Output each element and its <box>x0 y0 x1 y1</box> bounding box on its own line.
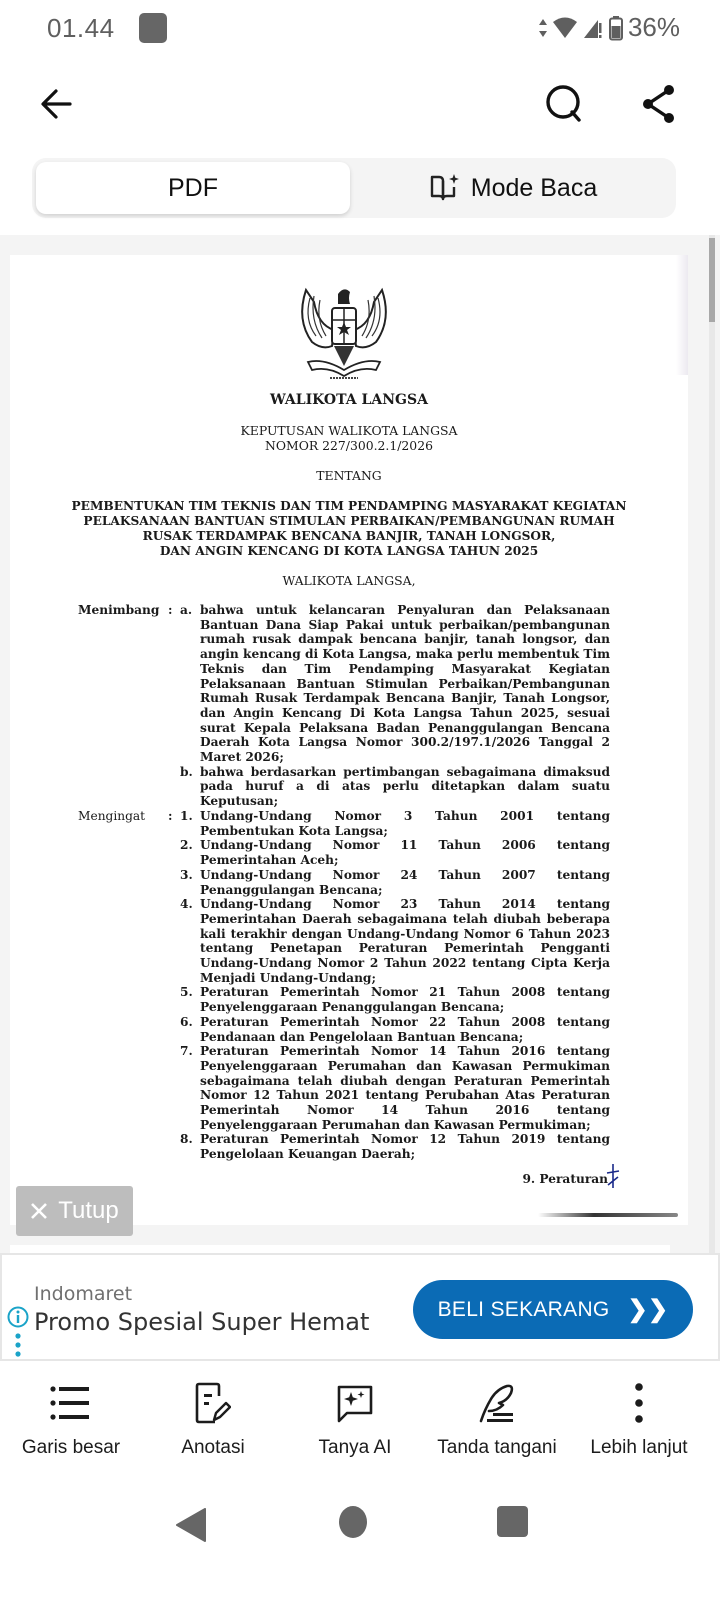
item-text: Undang-Undang Nomor 23 Tahun 2014 tentan… <box>200 897 610 985</box>
mengingat-item: 7.Peraturan Pemerintah Nomor 14 Tahun 20… <box>180 1044 610 1132</box>
garuda-emblem-icon <box>294 280 394 390</box>
pdf-page: WALIKOTA LANGSA KEPUTUSAN WALIKOTA LANGS… <box>10 255 688 1225</box>
toolbar-outline-label: Garis besar <box>22 1437 120 1459</box>
status-bar: 01.44 36% <box>0 0 720 58</box>
book-sparkle-icon <box>429 173 461 203</box>
scrollbar-thumb[interactable] <box>709 238 715 322</box>
toolbar-outline-button[interactable]: Garis besar <box>0 1365 142 1475</box>
next-pdf-page <box>10 1245 670 1253</box>
wifi-icon <box>552 17 578 39</box>
status-time: 01.44 <box>47 13 115 44</box>
item-number: 8. <box>180 1132 193 1147</box>
cell-signal-icon <box>582 17 604 39</box>
ad-options-icon[interactable] <box>15 1333 21 1359</box>
notification-icon <box>139 13 167 43</box>
tab-pdf[interactable]: PDF <box>36 162 350 214</box>
mengingat-item: 8.Peraturan Pemerintah Nomor 12 Tahun 20… <box>180 1132 610 1161</box>
ad-headline[interactable]: Promo Spesial Super Hemat <box>34 1308 369 1336</box>
data-transfer-icon <box>538 17 548 39</box>
mengingat-item: 1.Undang-Undang Nomor 3 Tahun 2001 tenta… <box>180 809 610 838</box>
item-text: Peraturan Pemerintah Nomor 21 Tahun 2008… <box>200 985 610 1014</box>
item-number: 5. <box>180 985 193 1000</box>
battery-icon <box>608 15 624 41</box>
share-icon <box>640 84 676 124</box>
toolbar-more-button[interactable]: Lebih lanjut <box>568 1365 710 1475</box>
item-text: bahwa berdasarkan pertimbangan sebagaima… <box>200 765 610 808</box>
issuer: WALIKOTA LANGSA, <box>10 573 688 588</box>
item-text: Undang-Undang Nomor 11 Tahun 2006 tentan… <box>200 838 610 867</box>
item-text: Undang-Undang Nomor 24 Tahun 2007 tentan… <box>200 868 610 897</box>
tab-pdf-label: PDF <box>168 174 218 203</box>
subject-line: RUSAK TERDAMPAK BENCANA BANJIR, TANAH LO… <box>10 529 688 544</box>
menimbang-item: a.bahwa untuk kelancaran Penyaluran dan … <box>180 603 610 765</box>
scrollbar-track[interactable] <box>709 235 715 1253</box>
scan-artifact <box>538 1213 678 1217</box>
doc-header: WALIKOTA LANGSA <box>10 392 688 408</box>
ad-cta-button[interactable]: BELI SEKARANG ❯❯ <box>413 1280 693 1339</box>
toolbar-ask-ai-label: Tanya AI <box>319 1437 392 1459</box>
decree-title: KEPUTUSAN WALIKOTA LANGSA <box>10 423 688 438</box>
menimbang-list: a.bahwa untuk kelancaran Penyaluran dan … <box>180 603 610 809</box>
tab-reading-mode-label: Mode Baca <box>471 174 597 203</box>
signature-icon <box>477 1383 517 1423</box>
status-icons: 36% <box>538 12 680 43</box>
app-bar <box>0 70 720 140</box>
toolbar-annotate-button[interactable]: Anotasi <box>142 1365 284 1475</box>
nav-recents-icon[interactable] <box>497 1506 528 1537</box>
close-label: Tutup <box>58 1197 118 1225</box>
toolbar-sign-label: Tanda tangani <box>437 1437 556 1459</box>
battery-percent: 36% <box>628 12 680 43</box>
decree-subject: PEMBENTUKAN TIM TEKNIS DAN TIM PENDAMPIN… <box>10 499 688 559</box>
more-vertical-icon <box>634 1383 644 1423</box>
subject-line: DAN ANGIN KENCANG DI KOTA LANGSA TAHUN 2… <box>10 544 688 559</box>
ad-info-icon[interactable] <box>7 1306 29 1328</box>
mengingat-list: 1.Undang-Undang Nomor 3 Tahun 2001 tenta… <box>180 809 610 1162</box>
back-button[interactable] <box>28 76 84 132</box>
item-number: 7. <box>180 1044 193 1059</box>
item-number: 4. <box>180 897 193 912</box>
view-mode-toggle: PDF Mode Baca <box>32 158 676 218</box>
menimbang-label: Menimbang <box>78 603 159 617</box>
double-chevron-right-icon: ❯❯ <box>628 1295 669 1324</box>
nav-back-icon[interactable] <box>176 1508 206 1542</box>
pdf-canvas[interactable]: WALIKOTA LANGSA KEPUTUSAN WALIKOTA LANGS… <box>0 235 720 1253</box>
search-icon <box>544 84 584 124</box>
item-number: 1. <box>180 809 193 824</box>
continued-text: 9. Peraturan <box>522 1172 608 1186</box>
ask-ai-icon <box>335 1383 375 1423</box>
colon: : <box>168 603 173 617</box>
system-nav-bar <box>0 1490 720 1600</box>
colon: : <box>168 809 173 823</box>
ad-banner[interactable]: Indomaret Promo Spesial Super Hemat BELI… <box>0 1253 720 1361</box>
close-overlay-button[interactable]: Tutup <box>16 1186 133 1236</box>
pdf-viewer-screen: 01.44 36% PDF Mode Baca <box>0 0 720 1600</box>
mengingat-item: 6.Peraturan Pemerintah Nomor 22 Tahun 20… <box>180 1015 610 1044</box>
item-text: Peraturan Pemerintah Nomor 14 Tahun 2016… <box>200 1044 610 1132</box>
item-text: Peraturan Pemerintah Nomor 12 Tahun 2019… <box>200 1132 610 1161</box>
toolbar-sign-button[interactable]: Tanda tangani <box>426 1365 568 1475</box>
ad-cta-label: BELI SEKARANG <box>438 1298 610 1322</box>
item-number: b. <box>180 765 193 780</box>
mengingat-item: 4.Undang-Undang Nomor 23 Tahun 2014 tent… <box>180 897 610 985</box>
close-icon <box>30 1202 48 1220</box>
toolbar-more-label: Lebih lanjut <box>590 1437 687 1459</box>
menimbang-item: b.bahwa berdasarkan pertimbangan sebagai… <box>180 765 610 809</box>
page-shadow <box>676 255 688 375</box>
item-text: Undang-Undang Nomor 3 Tahun 2001 tentang… <box>200 809 610 838</box>
mengingat-label: Mengingat <box>78 809 145 823</box>
nav-home-icon[interactable] <box>339 1506 367 1538</box>
annotate-icon <box>195 1382 231 1424</box>
subject-line: PELAKSANAAN BANTUAN STIMULAN PERBAIKAN/P… <box>10 514 688 529</box>
subject-line: PEMBENTUKAN TIM TEKNIS DAN TIM PENDAMPIN… <box>10 499 688 514</box>
initial-signature-icon <box>604 1163 622 1189</box>
item-number: 6. <box>180 1015 193 1030</box>
outline-list-icon <box>50 1385 92 1421</box>
search-button[interactable] <box>536 76 592 132</box>
bottom-toolbar: Garis besar Anotasi Tanya AI Tanda tanga… <box>0 1365 720 1475</box>
mengingat-item: 3.Undang-Undang Nomor 24 Tahun 2007 tent… <box>180 868 610 897</box>
decree-about: TENTANG <box>10 468 688 483</box>
ad-brand: Indomaret <box>34 1283 132 1305</box>
tab-reading-mode[interactable]: Mode Baca <box>354 162 672 214</box>
share-button[interactable] <box>630 76 686 132</box>
toolbar-annotate-label: Anotasi <box>181 1437 244 1459</box>
mengingat-item: 2.Undang-Undang Nomor 11 Tahun 2006 tent… <box>180 838 610 867</box>
arrow-left-icon <box>38 86 74 122</box>
mengingat-item: 5.Peraturan Pemerintah Nomor 21 Tahun 20… <box>180 985 610 1014</box>
item-number: 3. <box>180 868 193 883</box>
decree-number: NOMOR 227/300.2.1/2026 <box>10 438 688 453</box>
item-text: Peraturan Pemerintah Nomor 22 Tahun 2008… <box>200 1015 610 1044</box>
item-text: bahwa untuk kelancaran Penyaluran dan Pe… <box>200 603 610 764</box>
item-number: 2. <box>180 838 193 853</box>
item-number: a. <box>180 603 192 618</box>
toolbar-ask-ai-button[interactable]: Tanya AI <box>284 1365 426 1475</box>
